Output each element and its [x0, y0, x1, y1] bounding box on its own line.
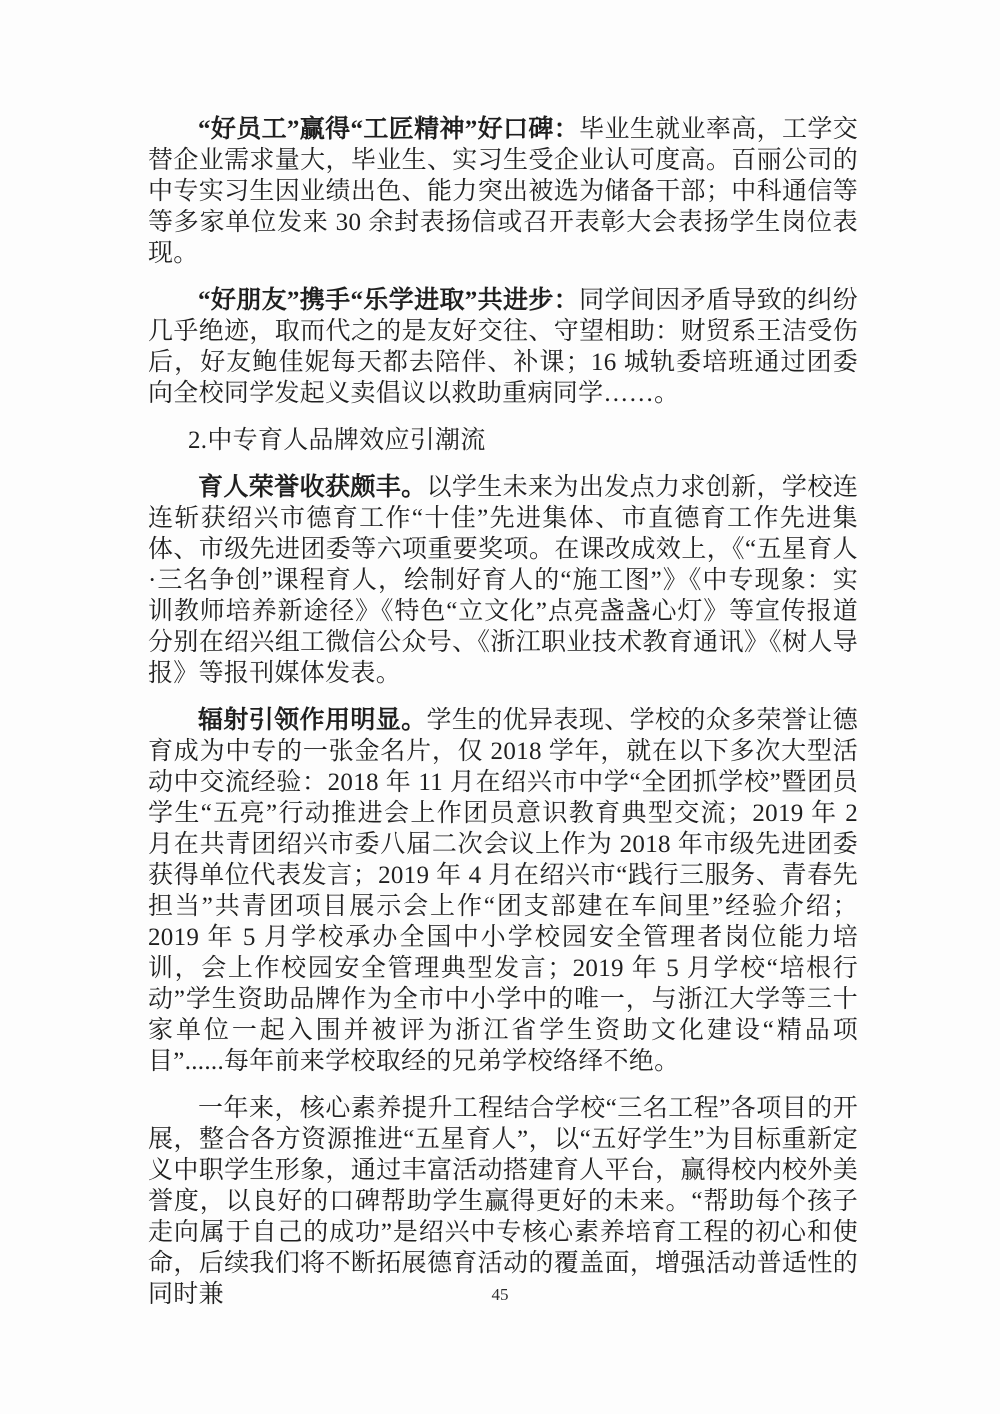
page-number: 45	[0, 1284, 1000, 1306]
paragraph: “好朋友”携手“乐学进取”共进步：同学间因矛盾导致的纠纷几乎绝迹，取而代之的是友…	[148, 285, 858, 409]
bold-lead-run: “好朋友”携手“乐学进取”共进步：	[198, 287, 579, 314]
paragraph: 辐射引领作用明显。学生的优异表现、学校的众多荣誉让德育成为中专的一张金名片，仅 …	[148, 705, 858, 1077]
document-page: “好员工”赢得“工匠精神”好口碑：毕业生就业率高，工学交替企业需求量大，毕业生、…	[0, 0, 1000, 1414]
bold-lead-run: 育人荣誉收获颇丰。	[198, 474, 427, 501]
paragraph: “好员工”赢得“工匠精神”好口碑：毕业生就业率高，工学交替企业需求量大，毕业生、…	[148, 114, 858, 269]
bold-lead-run: 辐射引领作用明显。	[198, 707, 427, 734]
paragraph: 一年来，核心素养提升工程结合学校“三名工程”各项目的开展，整合各方资源推进“五星…	[148, 1093, 858, 1310]
bold-lead-run: “好员工”赢得“工匠精神”好口碑：	[198, 116, 579, 143]
section-heading: 2.中专育人品牌效应引潮流	[148, 425, 858, 456]
text-run: 以学生未来为出发点力求创新，学校连连斩获绍兴市德育工作“十佳”先进集体、市直德育…	[148, 474, 858, 687]
text-run: 学生的优异表现、学校的众多荣誉让德育成为中专的一张金名片，仅 2018 学年，就…	[148, 707, 858, 1075]
document-body: “好员工”赢得“工匠精神”好口碑：毕业生就业率高，工学交替企业需求量大，毕业生、…	[148, 114, 858, 1326]
paragraph: 育人荣誉收获颇丰。以学生未来为出发点力求创新，学校连连斩获绍兴市德育工作“十佳”…	[148, 472, 858, 689]
text-run: 一年来，核心素养提升工程结合学校“三名工程”各项目的开展，整合各方资源推进“五星…	[148, 1095, 858, 1308]
text-run: 2.中专育人品牌效应引潮流	[188, 427, 486, 454]
